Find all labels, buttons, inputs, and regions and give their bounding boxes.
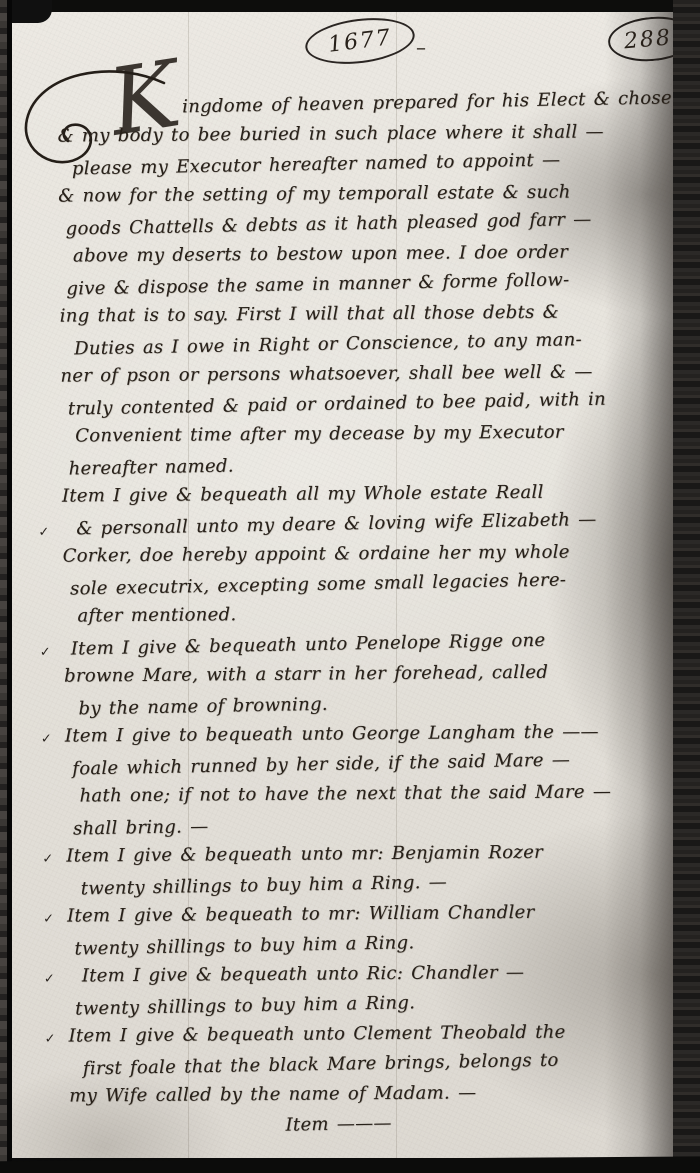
line-text: ing that is to say. First I will that al… — [60, 302, 559, 327]
line-text: Item I give & bequeath unto Penelope Rig… — [71, 630, 546, 660]
line-text: Item I give & bequeath unto Ric: Chandle… — [82, 962, 525, 986]
line-text: Convenient time after my decease by my E… — [75, 422, 564, 447]
check-mark: ✓ — [44, 1025, 55, 1055]
line-text: & now for the setting of my temporall es… — [58, 182, 571, 207]
line-text: please my Executor hereafter named to ap… — [72, 149, 561, 179]
line-text: truly contented & paid or ordained to be… — [68, 389, 606, 420]
line-text: Duties as I owe in Right or Conscience, … — [74, 329, 582, 359]
check-mark: ✓ — [38, 518, 50, 548]
line-text: goods Chattells & debts as it hath pleas… — [65, 209, 591, 240]
line-text: shall bring. — — [73, 816, 209, 839]
line-text: ingdome of heaven prepared for his Elect… — [182, 87, 684, 117]
scan-edge-top — [0, 0, 700, 12]
line-text: twenty shillings to buy him a Ring. — [74, 932, 414, 959]
folio-label: 288 — [623, 25, 673, 54]
line-text: Item I give & bequeath to mr: William Ch… — [67, 902, 535, 927]
line-text: my Wife called by the name of Madam. — — [69, 1082, 476, 1106]
line-text: browne Mare, with a starr in her forehea… — [64, 662, 548, 687]
line-text: hath one; if not to have the next that t… — [80, 781, 612, 806]
line-text: & personall unto my deare & loving wife … — [76, 509, 596, 540]
year-dash: – — [416, 35, 426, 59]
check-mark: ✓ — [43, 905, 54, 935]
will-text: ingdome of heaven prepared for his Elect… — [48, 86, 667, 1143]
scan-edge-left — [0, 0, 7, 1173]
scan-edge-right — [673, 0, 700, 1173]
check-mark: ✓ — [44, 965, 55, 995]
line-text: Item I give to bequeath unto George Lang… — [65, 721, 599, 746]
line-text: twenty shillings to buy him a Ring. — [75, 992, 415, 1019]
year-annotation: 1677 — [303, 12, 418, 69]
line-text: Item I give & bequeath all my Whole esta… — [62, 482, 544, 507]
line-text: first foale that the black Mare brings, … — [83, 1050, 559, 1080]
binding-line — [7, 0, 12, 1173]
line-text: give & dispose the same in manner & form… — [66, 269, 569, 299]
line-text: Item I give & bequeath unto Clement Theo… — [68, 1022, 565, 1047]
line-text: foale which runned by her side, if the s… — [72, 749, 570, 779]
line-text: ner of pson or persons whatsoever, shall… — [60, 361, 592, 386]
line-text: after mentioned. — [77, 604, 236, 626]
line-text: above my deserts to bestow upon mee. I d… — [73, 242, 568, 267]
line-text: hereafter named. — [68, 456, 234, 480]
line-text: sole executrix, excepting some small leg… — [70, 569, 567, 599]
year-label: 1677 — [327, 25, 394, 58]
check-mark: ✓ — [42, 845, 53, 875]
line-text: Item I give & bequeath unto mr: Benjamin… — [66, 842, 543, 867]
check-mark: ✓ — [40, 638, 52, 668]
line-text: twenty shillings to buy him a Ring. — — [81, 872, 448, 900]
manuscript-scan: 1677 – 288 2 K ingdome of heaven prepare… — [0, 0, 700, 1173]
line-text: & my body to bee buried in such place wh… — [57, 121, 603, 146]
check-mark: ✓ — [41, 725, 52, 755]
line-text: by the name of browning. — [78, 694, 328, 720]
paper: 1677 – 288 2 K ingdome of heaven prepare… — [12, 11, 674, 1158]
line-text: Item ——— — [285, 1113, 392, 1136]
line-text: Corker, doe hereby appoint & ordaine her… — [63, 542, 570, 567]
